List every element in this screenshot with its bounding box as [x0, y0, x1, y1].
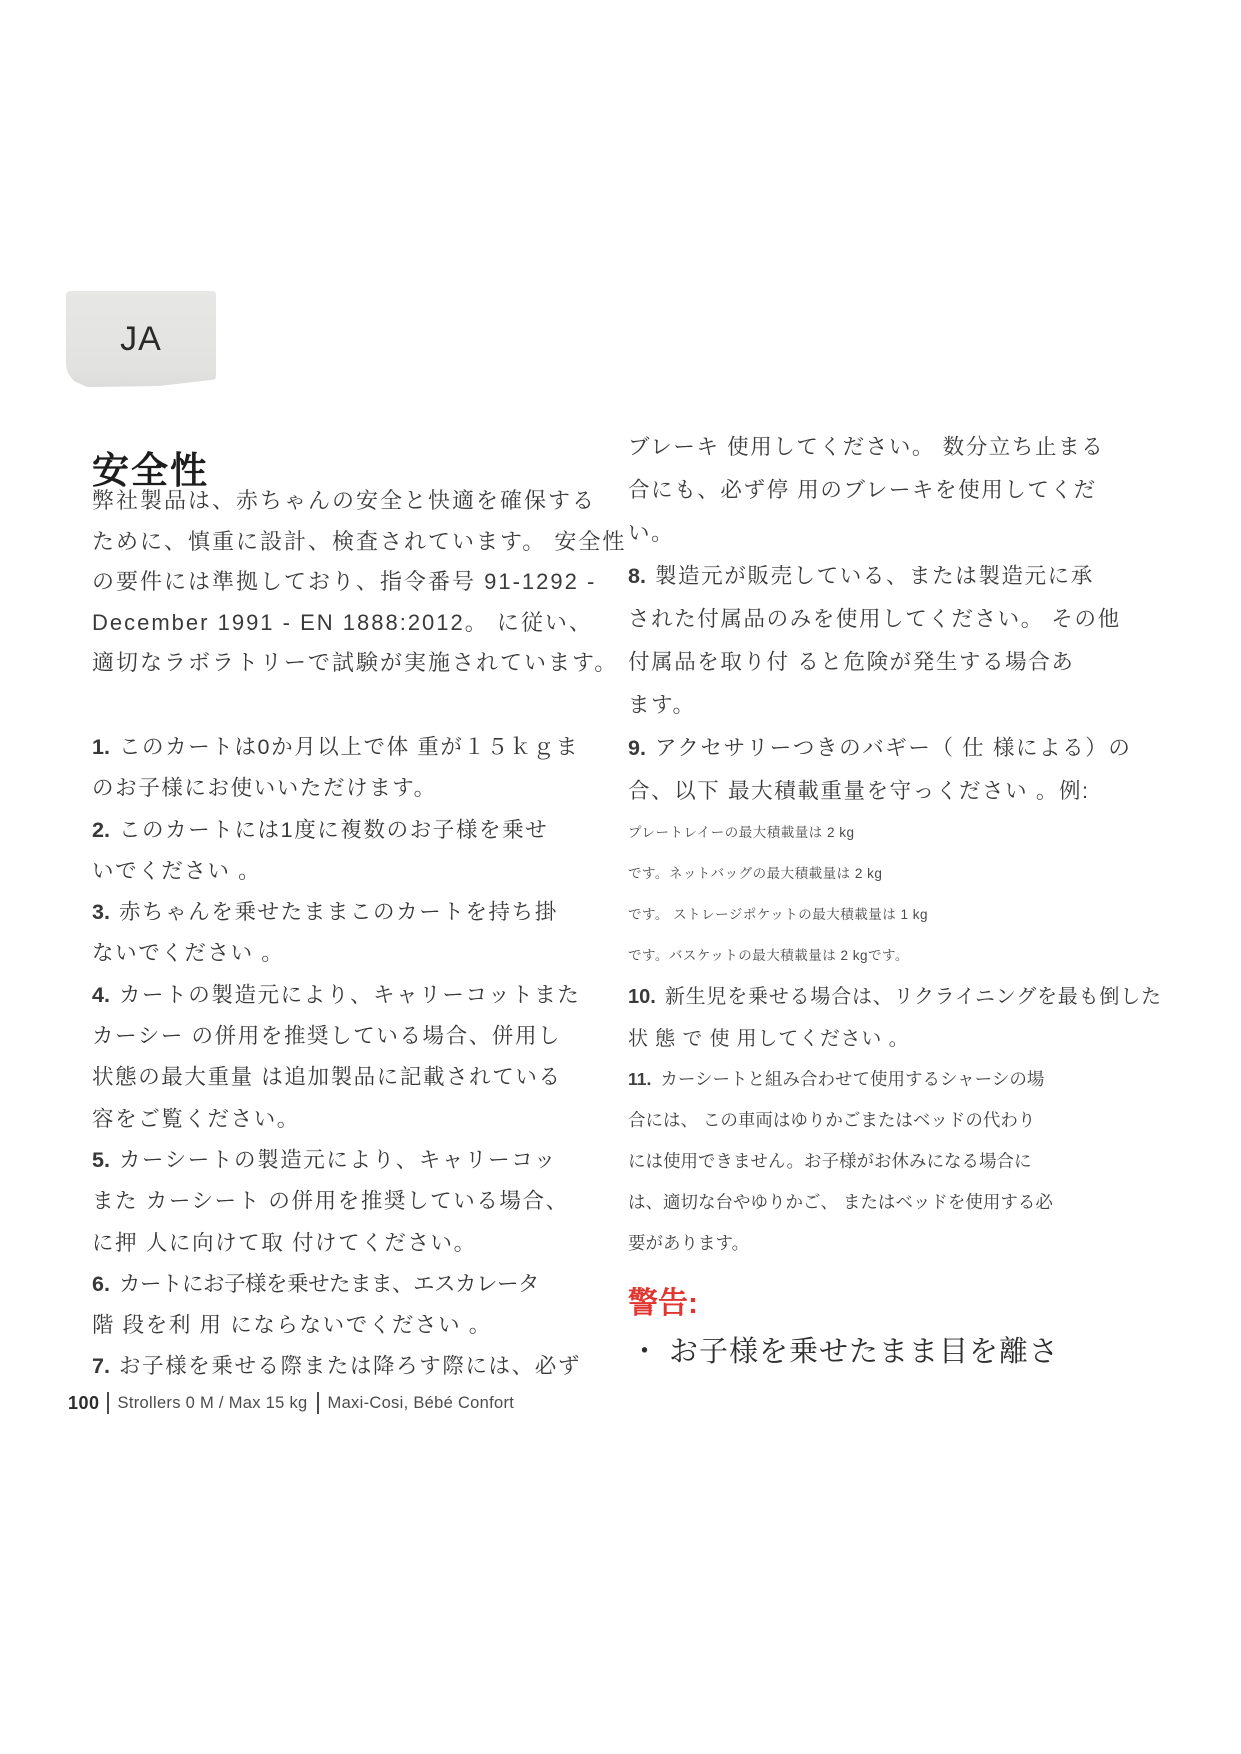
text-line: には使用できません。お子様がお休みになる場合に: [628, 1141, 1053, 1182]
text-line: 適切なラボラトリーで試験が実施されています。: [92, 643, 626, 684]
text-line: また カーシート の併用を推奨している場合、: [92, 1181, 581, 1222]
text-line: ブレーキ 使用してください。 数分立ち止まる: [628, 426, 1131, 469]
text-line: 要があります。: [628, 1223, 1053, 1264]
list-item-number: 7.: [92, 1354, 110, 1378]
text-line: 階 段を利 用 にならないでください 。: [92, 1305, 581, 1346]
text-line: された付属品のみを使用してください。 その他: [628, 598, 1131, 641]
list-item-number: 5.: [92, 1148, 110, 1172]
footer-divider: [317, 1392, 319, 1414]
list-item-number: 4.: [92, 983, 110, 1007]
list-item-number: 3.: [92, 900, 110, 924]
warning-title: 警告:: [628, 1286, 698, 1322]
text-line: 8.製造元が販売している、または製造元に承: [628, 555, 1131, 598]
language-tab-label: JA: [120, 320, 162, 359]
list-item-number: 1.: [92, 735, 110, 759]
item-11: 11.カーシートと組み合わせて使用するシャーシの場合には、 この車両はゆりかごま…: [628, 1059, 1053, 1264]
intro-paragraph: 弊社製品は、赤ちゃんの安全と快適を確保するために、慎重に設計、検査されています。…: [92, 481, 626, 684]
text-line: 2.このカートには1度に複数のお子様を乗せ: [92, 810, 581, 851]
text-line: カーシー の併用を推奨している場合、併用し: [92, 1016, 581, 1057]
text-line: 合には、 この車両はゆりかごまたはベッドの代わり: [628, 1100, 1053, 1141]
text-line: 6.カートにお子様を乗せたまま、エスカレータ: [92, 1264, 581, 1305]
text-line: 容をご覧ください。: [92, 1099, 581, 1140]
footer: 100 Strollers 0 M / Max 15 kg Maxi-Cosi,…: [68, 1392, 514, 1414]
list-item-number: 9.: [628, 736, 646, 760]
text-line: いでください 。: [92, 851, 581, 892]
footer-divider: [107, 1392, 109, 1414]
text-line: 11.カーシートと組み合わせて使用するシャーシの場: [628, 1059, 1053, 1100]
manual-page: JA 安全性 弊社製品は、赤ちゃんの安全と快適を確保するために、慎重に設計、検査…: [0, 0, 1241, 1754]
footer-product: Strollers 0 M / Max 15 kg: [118, 1394, 308, 1413]
text-line: プレートレイーの最大積載量は 2 kg: [628, 812, 928, 853]
text-line: ないでください 。: [92, 933, 581, 974]
text-line: 状 態 で 使 用してください 。: [628, 1019, 1162, 1061]
list-item-number: 8.: [628, 564, 646, 588]
text-line: 4.カートの製造元により、キャリーコットまた: [92, 975, 581, 1016]
text-line: 状態の最大重量 は追加製品に記載されている: [92, 1057, 581, 1098]
text-line: 合、以下 最大積載重量を守っください 。例:: [628, 770, 1131, 813]
text-line: に押 人に向けて取 付けてください。: [92, 1223, 581, 1264]
text-line: 10.新生児を乗せる場合は、リクライニングを最も倒した: [628, 977, 1162, 1019]
text-line: は、適切な台やゆりかご、 またはベッドを使用する必: [628, 1182, 1053, 1223]
safety-list-left: 1.このカートは0か月以上で体 重が１５ｋｇまのお子様にお使いいただけます。2.…: [92, 727, 581, 1388]
list-item-number: 10.: [628, 986, 656, 1008]
text-line: ために、慎重に設計、検査されています。 安全性: [92, 522, 626, 563]
text-line: 5.カーシートの製造元により、キャリーコッ: [92, 1140, 581, 1181]
language-tab: JA: [66, 291, 216, 387]
warning-bullet: ・ お子様を乗せたまま目を離さ: [630, 1332, 1059, 1372]
text-line: ます。: [628, 684, 1131, 727]
text-line: 付属品を取り付 ると危険が発生する場合あ: [628, 641, 1131, 684]
text-line: 1.このカートは0か月以上で体 重が１５ｋｇま: [92, 727, 581, 768]
text-line: い。: [628, 512, 1131, 555]
text-line: です。バスケットの最大積載量は 2 kgです。: [628, 935, 928, 976]
page-number: 100: [68, 1393, 100, 1414]
text-line: 9.アクセサリーつきのバギー（ 仕 様による）の: [628, 727, 1131, 770]
text-line: の要件には準拠しており、指令番号 91-1292 -: [92, 562, 626, 603]
max-load-notes: プレートレイーの最大積載量は 2 kgです。ネットバッグの最大積載量は 2 kg…: [628, 812, 928, 976]
text-line: 3.赤ちゃんを乗せたままこのカートを持ち掛: [92, 892, 581, 933]
text-line: 弊社製品は、赤ちゃんの安全と快適を確保する: [92, 481, 626, 522]
text-line: です。 ストレージポケットの最大積載量は 1 kg: [628, 894, 928, 935]
list-item-number: 6.: [92, 1272, 110, 1296]
safety-list-right: ブレーキ 使用してください。 数分立ち止まる合にも、必ず停 用のブレーキを使用し…: [628, 426, 1131, 813]
text-line: December 1991 - EN 1888:2012。 に従い、: [92, 603, 626, 644]
list-item-number: 2.: [92, 818, 110, 842]
list-item-number: 11.: [628, 1069, 651, 1089]
text-line: のお子様にお使いいただけます。: [92, 768, 581, 809]
text-line: 7.お子様を乗せる際または降ろす際には、必ず: [92, 1346, 581, 1387]
text-line: です。ネットバッグの最大積載量は 2 kg: [628, 853, 928, 894]
item-10: 10.新生児を乗せる場合は、リクライニングを最も倒した状 態 で 使 用してくだ…: [628, 977, 1162, 1060]
text-line: 合にも、必ず停 用のブレーキを使用してくだ: [628, 469, 1131, 512]
footer-brand: Maxi-Cosi, Bébé Confort: [328, 1394, 515, 1413]
